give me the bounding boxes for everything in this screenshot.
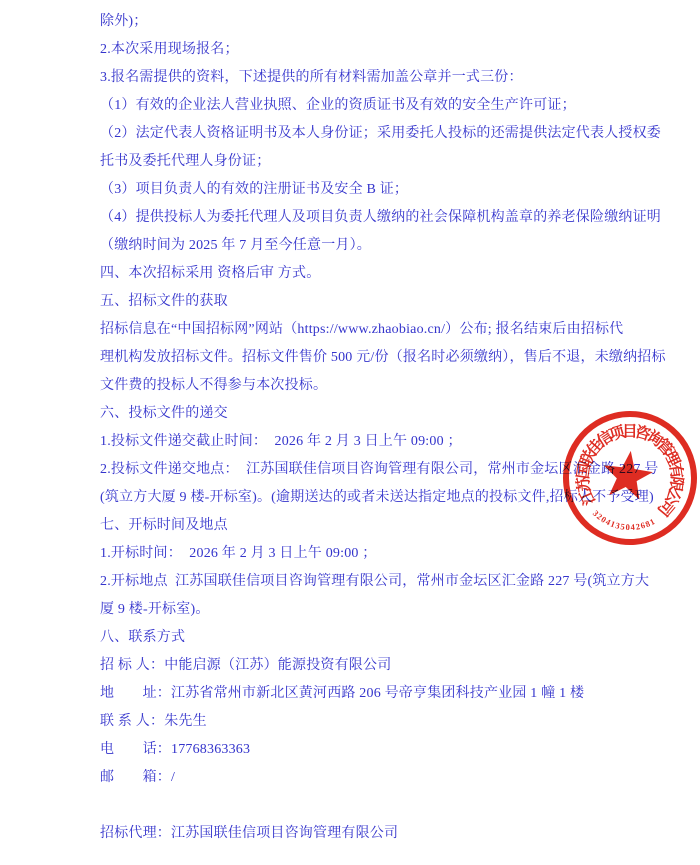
doc-line-email: 邮 箱：/ xyxy=(100,764,628,792)
doc-line: 除外)； xyxy=(100,8,628,36)
doc-line: 3.报名需提供的资料，下述提供的所有材料需加盖公章并一式三份： xyxy=(100,64,628,92)
seal-star-icon xyxy=(600,447,656,500)
document-text: 除外)； 2.本次采用现场报名； 3.报名需提供的资料，下述提供的所有材料需加盖… xyxy=(100,8,628,848)
doc-line-section-5: 五、招标文件的获取 xyxy=(100,288,628,316)
doc-line-address: 地 址：江苏省常州市新北区黄河西路 206 号帝亨集团科技产业园 1 幢 1 楼 xyxy=(100,680,628,708)
doc-line-section-4: 四、本次招标采用 资格后审 方式。 xyxy=(100,260,628,288)
doc-line-section-6: 六、投标文件的递交 xyxy=(100,400,628,428)
doc-line: 2.本次采用现场报名； xyxy=(100,36,628,64)
doc-line: 文件费的投标人不得参与本次投标。 xyxy=(100,372,628,400)
doc-line-open-address: 2.开标地点 江苏国联佳信项目咨询管理有限公司，常州市金坛区汇金路 227 号(… xyxy=(100,568,628,596)
doc-line: （3）项目负责人的有效的注册证书及安全 B 证； xyxy=(100,176,628,204)
page: { "page": { "background_color": "#ffffff… xyxy=(0,0,700,865)
doc-line: （4）提供投标人为委托代理人及项目负责人缴纳的社会保障机构盖章的养老保险缴纳证明 xyxy=(100,204,628,232)
doc-line: （缴纳时间为 2025 年 7 月至今任意一月）。 xyxy=(100,232,628,260)
doc-line: 理机构发放招标文件。招标文件售价 500 元/份（报名时必须缴纳），售后不退，未… xyxy=(100,344,628,372)
doc-line-section-7: 七、开标时间及地点 xyxy=(100,512,628,540)
doc-line-tenderer: 招 标 人：中能启源（江苏）能源投资有限公司 xyxy=(100,652,628,680)
doc-line-agency: 招标代理：江苏国联佳信项目咨询管理有限公司 xyxy=(100,820,628,848)
doc-line: （1）有效的企业法人营业执照、企业的资质证书及有效的安全生产许可证； xyxy=(100,92,628,120)
doc-line: (筑立方大厦 9 楼-开标室)。(逾期送达的或者未送达指定地点的投标文件,招标人… xyxy=(100,484,628,512)
doc-line-bid-deadline: 1.投标文件递交截止时间： 2026 年 2 月 3 日上午 09:00 ； xyxy=(100,428,628,456)
doc-line-section-8: 八、联系方式 xyxy=(100,624,628,652)
doc-line: 托书及委托代理人身份证； xyxy=(100,148,628,176)
doc-line: 招标信息在“中国招标网”网站（https://www.zhaobiao.cn/）… xyxy=(100,316,628,344)
doc-line-bid-address: 2.投标文件递交地点： 江苏国联佳信项目咨询管理有限公司，常州市金坛区汇金路 2… xyxy=(100,456,628,484)
doc-line-blank xyxy=(100,792,628,820)
doc-line-contact: 联 系 人：朱先生 xyxy=(100,708,628,736)
official-seal: 江 苏 国 联 佳 信 项 目 咨 询 管 理 有 限 公 司 32041350… xyxy=(554,396,700,560)
doc-line-phone: 电 话：17768363363 xyxy=(100,736,628,764)
doc-line: （2）法定代表人资格证明书及本人身份证；采用委托人投标的还需提供法定代表人授权委 xyxy=(100,120,628,148)
doc-line: 厦 9 楼-开标室)。 xyxy=(100,596,628,624)
doc-line-open-time: 1.开标时间： 2026 年 2 月 3 日上午 09:00 ； xyxy=(100,540,628,568)
